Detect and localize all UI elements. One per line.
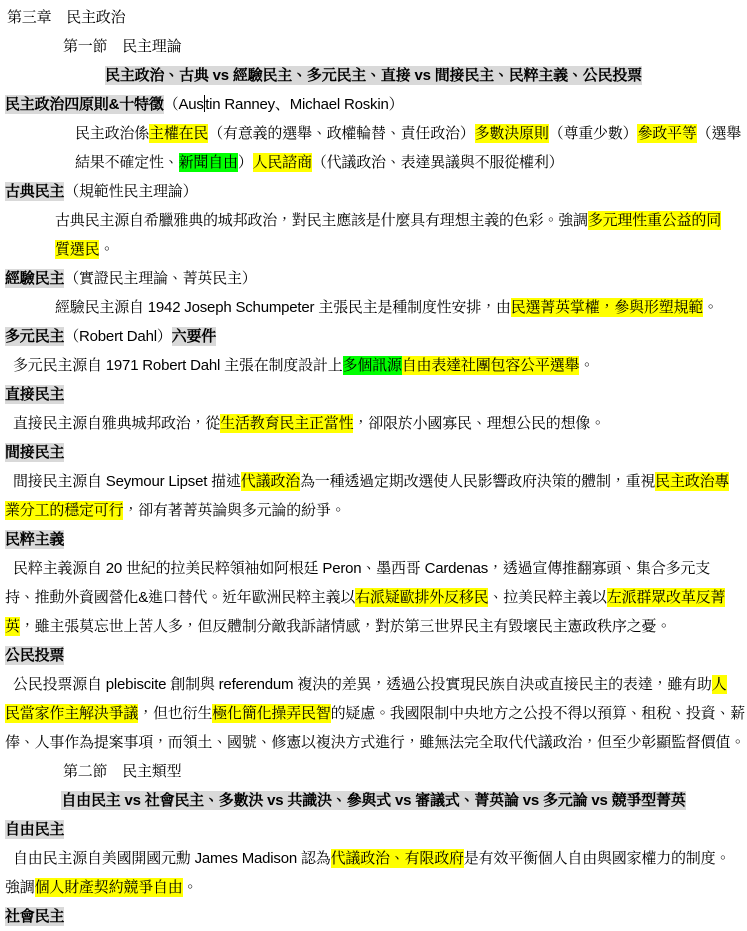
text-segment: （尊重少數） [549, 124, 638, 143]
text-segment: （Aus [164, 95, 204, 114]
highlighted-text: 極化簡化操弄民智 [212, 704, 330, 723]
body-line[interactable]: 持、推動外資國營化&進口替代。近年歐洲民粹主義以右派疑歐排外反移民、拉美民粹主義… [0, 583, 747, 612]
highlighted-text: 右派疑歐排外反移民 [355, 588, 488, 607]
highlighted-text: 代議政治、有限政府 [331, 849, 464, 868]
text-segment: 民粹主義源自 20 世紀的拉美民粹領袖如阿根廷 Peron、墨西哥 Carden… [13, 559, 710, 578]
text-segment: 直接民主源自雅典城邦政治，從 [13, 414, 220, 433]
text-segment: 。 [99, 240, 114, 259]
topic-heading[interactable]: 經驗民主（實證民主理論、菁英民主） [0, 264, 747, 293]
body-line[interactable]: 自由民主源自美國開國元勳 James Madison 認為代議政治、有限政府是有… [0, 844, 747, 873]
highlighted-text: 經驗民主 [5, 269, 64, 288]
highlighted-text: 多元民主 [5, 327, 64, 346]
text-segment: （規範性民主理論） [64, 182, 197, 201]
text-segment: ，但也衍生 [138, 704, 212, 723]
text-segment: 、拉美民粹主義以 [488, 588, 606, 607]
highlighted-text: 生活教育民主正當性 [220, 414, 353, 433]
topic-heading[interactable]: 古典民主（規範性民主理論） [0, 177, 747, 206]
highlighted-text: 個人財產契約競爭自由 [35, 878, 183, 897]
highlighted-text: 古典民主 [5, 182, 64, 201]
text-segment: 第三章 民主政治 [7, 8, 125, 27]
text-segment: 第一節 民主理論 [63, 37, 181, 56]
text-segment: 。 [183, 878, 198, 897]
body-line[interactable]: 結果不確定性、新聞自由）人民諮商（代議政治、表達異議與不服從權利） [0, 148, 747, 177]
highlighted-text: 間接民主 [5, 443, 64, 462]
text-segment: 的疑慮。我國限制中央地方之公投不得以預算、租稅、投資、薪 [331, 704, 745, 723]
highlighted-text: 自由民主 [5, 820, 64, 839]
highlighted-text: 民主政治專 [655, 472, 729, 491]
highlighted-text: 民主政治四原則&十特徵 [5, 95, 164, 114]
text-segment: 多元民主源自 1971 Robert Dahl 主張在制度設計上 [13, 356, 343, 375]
highlighted-text: 多數決原則 [475, 124, 549, 143]
text-segment: 古典民主源自希臘雅典的城邦政治，對民主應該是什麼具有理想主義的色彩。強調 [55, 211, 588, 230]
text-segment: 間接民主源自 Seymour Lipset 描述 [13, 472, 241, 491]
body-line[interactable]: 公民投票源自 plebiscite 創制與 referendum 複決的差異，透… [0, 670, 747, 699]
highlighted-text: 左派群眾改革反菁 [607, 588, 725, 607]
topic-heading[interactable]: 社會民主 [0, 902, 747, 931]
text-segment: 為一種透過定期改選使人民影響政府決策的體制，重視 [300, 472, 655, 491]
highlighted-text: 自由表達社團包容公平選舉 [402, 356, 580, 375]
text-segment: （選舉 [697, 124, 741, 143]
body-line[interactable]: 民粹主義源自 20 世紀的拉美民粹領袖如阿根廷 Peron、墨西哥 Carden… [0, 554, 747, 583]
body-line[interactable]: 質選民。 [0, 235, 747, 264]
document-edit-surface[interactable]: 第三章 民主政治第一節 民主理論民主政治、古典 vs 經驗民主、多元民主、直接 … [0, 0, 747, 931]
text-segment: 俸、人事作為提案事項，而領土、國號、修憲以複決方式進行，雖無法完全取代代議政治，… [5, 733, 745, 752]
highlighted-text: 公民投票 [5, 646, 64, 665]
topic-heading[interactable]: 間接民主 [0, 438, 747, 467]
chapter-heading[interactable]: 第三章 民主政治 [0, 3, 747, 32]
highlighted-text: 新聞自由 [179, 153, 238, 172]
highlighted-text: 自由民主 vs 社會民主、多數決 vs 共識決、參與式 vs 審議式、菁英論 v… [61, 791, 685, 810]
topic-heading[interactable]: 多元民主（Robert Dahl）六要件 [0, 322, 747, 351]
body-line[interactable]: 間接民主源自 Seymour Lipset 描述代議政治為一種透過定期改選使人民… [0, 467, 747, 496]
keyword-banner[interactable]: 自由民主 vs 社會民主、多數決 vs 共識決、參與式 vs 審議式、菁英論 v… [0, 786, 747, 815]
body-line[interactable]: 多元民主源自 1971 Robert Dahl 主張在制度設計上多個訊源自由表達… [0, 351, 747, 380]
highlighted-text: 社會民主 [5, 907, 64, 926]
highlighted-text: 代議政治 [241, 472, 300, 491]
text-segment: 民主政治係 [75, 124, 149, 143]
highlighted-text: 業分工的穩定可行 [5, 501, 123, 520]
topic-heading[interactable]: 民粹主義 [0, 525, 747, 554]
text-segment: ，卻限於小國寡民、理想公民的想像。 [353, 414, 605, 433]
body-line[interactable]: 英，雖主張莫忘世上苦人多，但反體制分敵我訴諸情感，對於第三世界民主有毀壞民主憲政… [0, 612, 747, 641]
text-segment: 第二節 民主類型 [63, 762, 181, 781]
text-segment: 強調 [5, 878, 35, 897]
highlighted-text: 民選菁英掌權，參與形塑規範 [511, 298, 703, 317]
highlighted-text: 多元理性重公益的同 [588, 211, 721, 230]
body-line[interactable]: 俸、人事作為提案事項，而領土、國號、修憲以複決方式進行，雖無法完全取代代議政治，… [0, 728, 747, 757]
highlighted-text: 人 [712, 675, 727, 694]
body-line[interactable]: 經驗民主源自 1942 Joseph Schumpeter 主張民主是種制度性安… [0, 293, 747, 322]
section-heading[interactable]: 第一節 民主理論 [0, 32, 747, 61]
text-segment: （有意義的選舉、政權輪替、責任政治） [208, 124, 474, 143]
text-segment: （實證民主理論、菁英民主） [64, 269, 256, 288]
highlighted-text: 直接民主 [5, 385, 64, 404]
text-segment: 是有效平衡個人自由與國家權力的制度。 [464, 849, 730, 868]
text-segment: ，雖主張莫忘世上苦人多，但反體制分敵我訴諸情感，對於第三世界民主有毀壞民主憲政秩… [20, 617, 671, 636]
highlighted-text: 人民諮商 [253, 153, 312, 172]
highlighted-text: 民主政治、古典 vs 經驗民主、多元民主、直接 vs 間接民主、民粹主義、公民投… [105, 66, 642, 85]
highlighted-text: 六要件 [172, 327, 216, 346]
highlighted-text: 參政平等 [637, 124, 696, 143]
text-segment: 。 [579, 356, 594, 375]
text-segment: （代議政治、表達異議與不服從權利） [312, 153, 564, 172]
body-line[interactable]: 強調個人財產契約競爭自由。 [0, 873, 747, 902]
text-segment: 自由民主源自美國開國元勳 James Madison 認為 [13, 849, 331, 868]
text-segment: 經驗民主源自 1942 Joseph Schumpeter 主張民主是種制度性安… [55, 298, 511, 317]
highlighted-text: 主權在民 [149, 124, 208, 143]
topic-heading[interactable]: 直接民主 [0, 380, 747, 409]
body-line[interactable]: 業分工的穩定可行，卻有著菁英論與多元論的紛爭。 [0, 496, 747, 525]
body-line[interactable]: 古典民主源自希臘雅典的城邦政治，對民主應該是什麼具有理想主義的色彩。強調多元理性… [0, 206, 747, 235]
body-line[interactable]: 民當家作主解決爭議，但也衍生極化簡化操弄民智的疑慮。我國限制中央地方之公投不得以… [0, 699, 747, 728]
body-line[interactable]: 民主政治係主權在民（有意義的選舉、政權輪替、責任政治）多數決原則（尊重少數）參政… [0, 119, 747, 148]
text-segment: ） [238, 153, 253, 172]
highlighted-text: 民粹主義 [5, 530, 64, 549]
text-segment: 公民投票源自 plebiscite 創制與 referendum 複決的差異，透… [13, 675, 712, 694]
topic-heading[interactable]: 公民投票 [0, 641, 747, 670]
body-line[interactable]: 直接民主源自雅典城邦政治，從生活教育民主正當性，卻限於小國寡民、理想公民的想像。 [0, 409, 747, 438]
text-segment: （Robert Dahl） [64, 327, 171, 346]
text-segment: 持、推動外資國營化&進口替代。近年歐洲民粹主義以 [5, 588, 355, 607]
highlighted-text: 英 [5, 617, 20, 636]
text-segment: ，卻有著菁英論與多元論的紛爭。 [123, 501, 345, 520]
highlighted-text: 民當家作主解決爭議 [5, 704, 138, 723]
highlighted-text: 質選民 [55, 240, 99, 259]
section-heading[interactable]: 第二節 民主類型 [0, 757, 747, 786]
topic-heading[interactable]: 民主政治四原則&十特徵（Austin Ranney、Michael Roskin… [0, 90, 747, 119]
text-segment: 結果不確定性、 [75, 153, 179, 172]
keyword-banner[interactable]: 民主政治、古典 vs 經驗民主、多元民主、直接 vs 間接民主、民粹主義、公民投… [0, 61, 747, 90]
highlighted-text: 多個訊源 [343, 356, 402, 375]
text-segment: 。 [703, 298, 718, 317]
text-segment: tin Ranney、Michael Roskin） [205, 95, 403, 114]
topic-heading[interactable]: 自由民主 [0, 815, 747, 844]
